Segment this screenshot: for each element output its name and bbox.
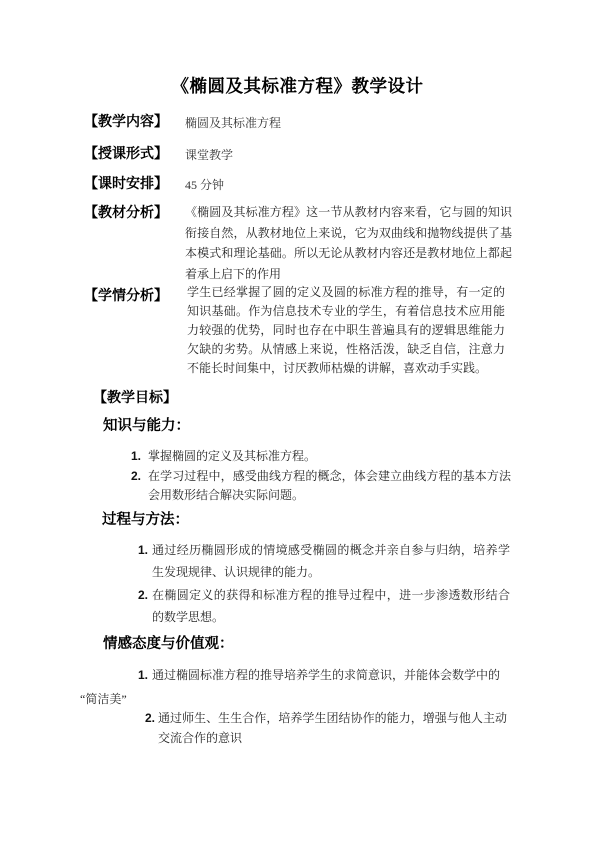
item-text: 通过椭圆标准方程的推导培养学生的求简意识，并能体会数学中的 [138, 666, 511, 685]
document-page: 《椭圆及其标准方程》教学设计 【教学内容】 椭圆及其标准方程 【授课形式】 课堂… [0, 0, 595, 842]
item-text: 掌握椭圆的定义及其标准方程。 [131, 447, 511, 466]
item-text-continuation: “简洁美” [80, 690, 127, 709]
section-text-material-analysis: 《椭圆及其标准方程》这一节从教材内容来看，它与圆的知识衔接自然，从教材地位上来说… [185, 202, 512, 284]
meta-label: 【教学内容】 [84, 113, 168, 130]
objective-item: 2. 在学习过程中，感受曲线方程的概念，体会建立曲线方程的基本方法会用数形结合解… [131, 467, 511, 505]
section-label-teaching-objectives: 【教学目标】 [93, 389, 177, 406]
page-title: 《椭圆及其标准方程》教学设计 [0, 76, 595, 97]
objective-item: 1. 通过经历椭圆形成的情境感受椭圆的概念并亲自参与归纳，培养学生发现规律、认识… [138, 540, 510, 583]
item-number: 1. [138, 666, 148, 685]
meta-value: 课堂教学 [185, 147, 233, 164]
meta-value: 45 分钟 [185, 177, 224, 194]
section-label-learner-analysis: 【学情分析】 [84, 287, 168, 304]
meta-label: 【课时安排】 [84, 175, 168, 192]
item-text: 在椭圆定义的获得和标准方程的推导过程中，进一步渗透数形结合的数学思想。 [138, 585, 510, 628]
section-label-material-analysis: 【教材分析】 [84, 204, 168, 221]
objective-group-heading-process-method: 过程与方法： [102, 512, 189, 529]
item-number: 2. [145, 709, 155, 729]
section-text-learner-analysis: 学生已经掌握了圆的定义及圆的标准方程的推导，有一定的知识基础。作为信息技术专业的… [187, 283, 505, 378]
meta-label: 【授课形式】 [84, 145, 168, 162]
objective-item: 1. 掌握椭圆的定义及其标准方程。 [131, 447, 511, 466]
item-number: 2. [131, 467, 141, 486]
item-number: 1. [138, 540, 148, 562]
objective-item: 2. 通过师生、生生合作，培养学生团结协作的能力，增强与他人主动交流合作的意识 [145, 709, 507, 748]
objective-item: 2. 在椭圆定义的获得和标准方程的推导过程中，进一步渗透数形结合的数学思想。 [138, 585, 510, 628]
item-text: 通过经历椭圆形成的情境感受椭圆的概念并亲自参与归纳，培养学生发现规律、认识规律的… [138, 540, 510, 583]
meta-value: 椭圆及其标准方程 [185, 115, 281, 132]
item-number: 2. [138, 585, 148, 607]
objective-item: 1. 通过椭圆标准方程的推导培养学生的求简意识，并能体会数学中的 [138, 666, 511, 685]
item-number: 1. [131, 447, 141, 466]
item-text: 通过师生、生生合作，培养学生团结协作的能力，增强与他人主动交流合作的意识 [145, 709, 507, 748]
item-text: 在学习过程中，感受曲线方程的概念，体会建立曲线方程的基本方法会用数形结合解决实际… [131, 467, 511, 505]
objective-group-heading-knowledge-ability: 知识与能力： [103, 418, 190, 435]
objective-group-heading-emotion-values: 情感态度与价值观： [103, 636, 234, 653]
